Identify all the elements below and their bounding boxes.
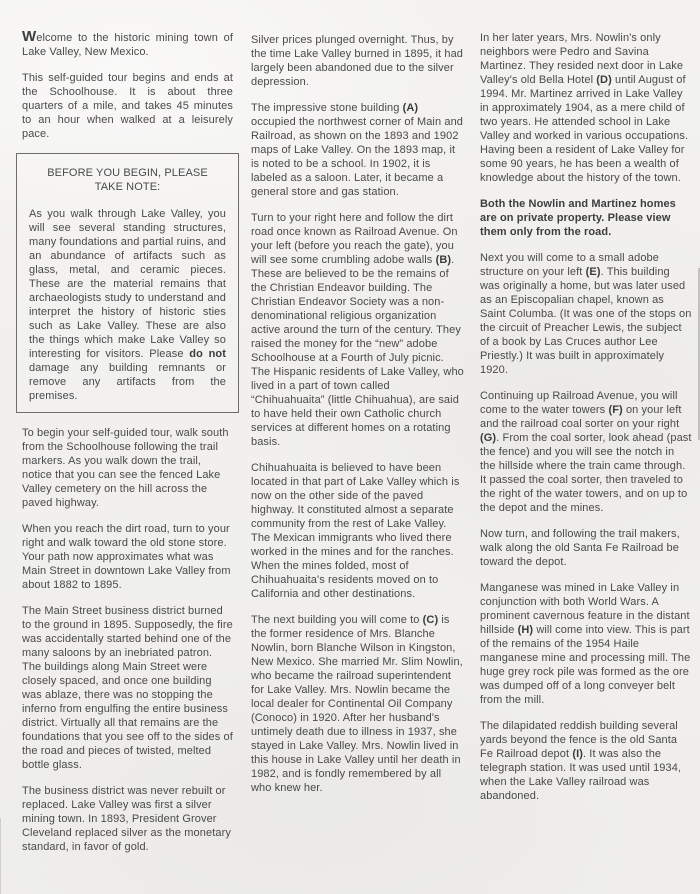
bold-text-run: (B): [436, 254, 452, 266]
bold-text-run: (F): [608, 404, 622, 416]
text-run: . These are believed to be the remains o…: [251, 254, 464, 448]
paragraph: The impressive stone building (A) occupi…: [251, 101, 464, 199]
dropcap-letter: W: [22, 28, 36, 45]
notice-box-paragraph: As you walk through Lake Valley, you wil…: [29, 207, 226, 403]
text-run: elcome to the historic mining town of La…: [22, 32, 233, 58]
paragraph: Both the Nowlin and Martinez homes are o…: [480, 197, 692, 239]
text-run: . From the coal sorter, look ahead (past…: [480, 432, 692, 514]
text-run: As you walk through Lake Valley, you wil…: [29, 208, 226, 360]
paragraph: Chihuahuaita is believed to have been lo…: [251, 461, 464, 601]
paragraph: Now turn, and following the trail makers…: [480, 527, 692, 569]
text-run: To begin your self-guided tour, walk sou…: [22, 427, 229, 509]
text-run: . This building was originally a home, b…: [480, 266, 691, 376]
text-run: Chihuahuaita is believed to have been lo…: [251, 462, 459, 600]
text-run: damage any building remnants or remove a…: [29, 362, 226, 402]
text-column-3: In her later years, Mrs. Nowlin's only n…: [480, 31, 692, 815]
text-run: Both the Nowlin and Martinez homes are o…: [480, 198, 676, 238]
text-run: Turn to your right here and follow the d…: [251, 212, 458, 266]
paragraph: The next building you will come to (C) i…: [251, 613, 464, 795]
text-run: The business district was never rebuilt …: [22, 785, 231, 853]
bold-text-run: (G): [480, 432, 496, 444]
paragraph: To begin your self-guided tour, walk sou…: [22, 426, 233, 510]
paragraph: In her later years, Mrs. Nowlin's only n…: [480, 31, 692, 185]
text-run: Now turn, and following the trail makers…: [480, 528, 680, 568]
paragraph: Next you will come to a small adobe stru…: [480, 251, 692, 377]
text-column-2: Silver prices plunged overnight. Thus, b…: [251, 33, 464, 807]
text-run: until August of 1994. Mr. Martinez arriv…: [480, 74, 688, 184]
notice-box: BEFORE YOU BEGIN, PLEASE TAKE NOTE:As yo…: [16, 153, 239, 413]
scan-edge-artifact-left: [0, 818, 1, 894]
bold-text-run: (A): [403, 102, 419, 114]
bold-text-run: (C): [423, 614, 439, 626]
paragraph: When you reach the dirt road, turn to yo…: [22, 522, 233, 592]
text-run: When you reach the dirt road, turn to yo…: [22, 523, 231, 591]
paragraph: Manganese was mined in Lake Valley in co…: [480, 581, 692, 707]
paragraph: Welcome to the historic mining town of L…: [22, 30, 233, 59]
bold-text-run: (D): [596, 74, 612, 86]
text-run: will come into view. This is part of the…: [480, 624, 690, 706]
paragraph: Silver prices plunged overnight. Thus, b…: [251, 33, 464, 89]
scanned-page: Welcome to the historic mining town of L…: [0, 0, 700, 894]
text-run: is the former residence of Mrs. Blanche …: [251, 614, 463, 794]
paragraph: The Main Street business district burned…: [22, 604, 233, 772]
paragraph: Continuing up Railroad Avenue, you will …: [480, 389, 692, 515]
text-run: The Main Street business district burned…: [22, 605, 233, 771]
text-run: This self-guided tour begins and ends at…: [22, 72, 233, 140]
bold-text-run: do not: [189, 348, 226, 360]
text-run: The next building you will come to: [251, 614, 423, 626]
text-run: The impressive stone building: [251, 102, 403, 114]
notice-box-heading: BEFORE YOU BEGIN, PLEASE TAKE NOTE:: [35, 166, 220, 194]
text-run: occupied the northwest corner of Main an…: [251, 116, 463, 198]
paragraph: The business district was never rebuilt …: [22, 784, 233, 854]
paragraph: The dilapidated reddish building several…: [480, 719, 692, 803]
bold-text-run: (H): [518, 624, 534, 636]
text-column-1: Welcome to the historic mining town of L…: [22, 30, 233, 866]
text-run: Silver prices plunged overnight. Thus, b…: [251, 34, 463, 88]
paragraph: This self-guided tour begins and ends at…: [22, 71, 233, 141]
bold-text-run: (E): [586, 266, 601, 278]
paragraph: Turn to your right here and follow the d…: [251, 211, 464, 449]
bold-text-run: (I): [572, 748, 583, 760]
